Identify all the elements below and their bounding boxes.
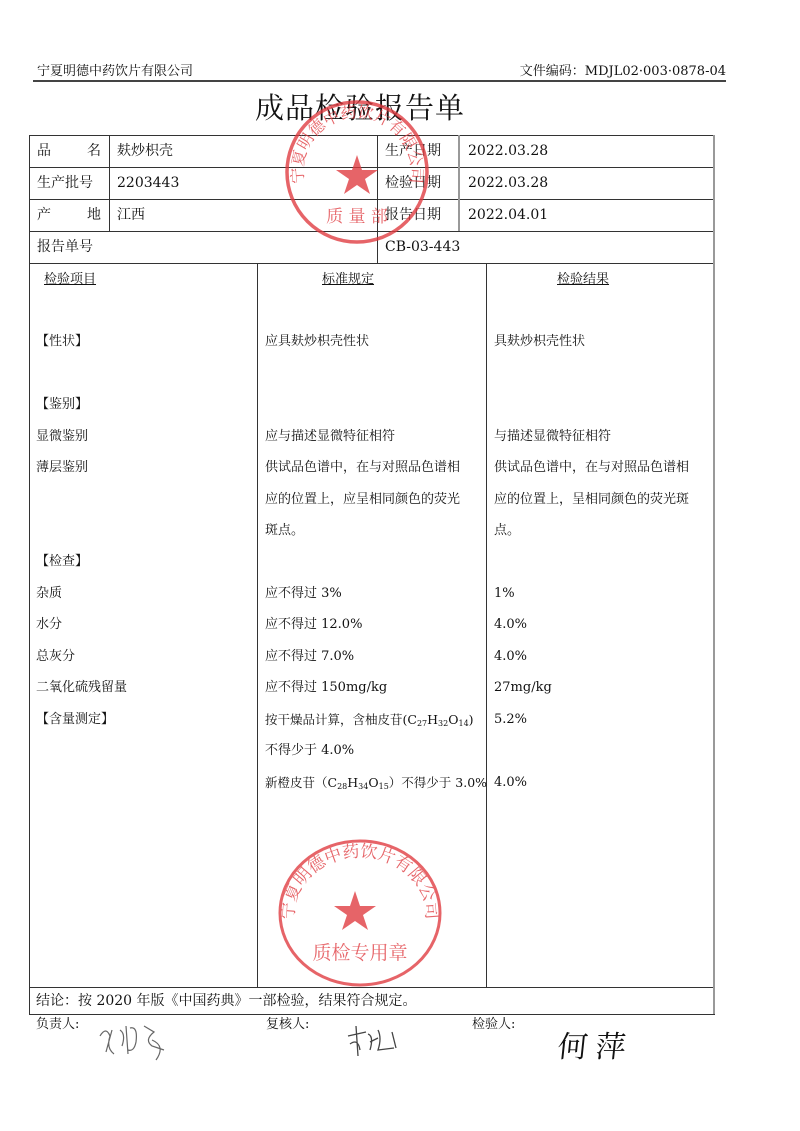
item-inspection: 【检查】 xyxy=(36,546,88,577)
company-name: 宁夏明德中药饮片有限公司 xyxy=(37,60,193,79)
standard-naringin: 按干燥品计算，含柚皮苷(C27H32O14) xyxy=(265,704,474,739)
standard-microscopic: 应与描述显微特征相符 xyxy=(265,421,395,452)
inspection-date-label: 检验日期 xyxy=(385,167,441,199)
page-title: 成品检验报告单 xyxy=(0,86,720,127)
reviewer-label: 复核人: xyxy=(266,1012,309,1038)
inspector-label: 检验人: xyxy=(472,1012,515,1038)
batch-label: 生产批号 xyxy=(37,167,93,199)
item-appearance: 【性状】 xyxy=(36,326,88,357)
standard-tlc-line2: 应的位置上，应呈相同颜色的荧光 xyxy=(265,484,460,515)
result-so2: 27mg/kg xyxy=(494,672,552,703)
standard-tlc-line1: 供试品色谱中，在与对照品色谱相 xyxy=(265,452,460,483)
standard-impurity: 应不得过 3% xyxy=(265,578,342,609)
standard-naringin-line2: 不得少于 4.0% xyxy=(265,735,354,766)
conclusion: 结论：按 2020 年版《中国药典》一部检验，结果符合规定。 xyxy=(36,986,417,1016)
item-microscopic: 显微鉴别 xyxy=(36,421,88,452)
inspector-signature: 何萍 xyxy=(556,1022,637,1066)
standard-tlc-line3: 斑点。 xyxy=(265,515,304,546)
inspection-date-value: 2022.03.28 xyxy=(468,167,548,199)
standard-so2: 应不得过 150mg/kg xyxy=(265,672,387,703)
product-name-label: 品名 xyxy=(37,135,101,167)
document-code: 文件编码：MDJL02·003·0878-04 xyxy=(520,60,726,79)
result-neohesperidin: 4.0% xyxy=(494,767,527,798)
result-moisture: 4.0% xyxy=(494,609,527,640)
header-rule xyxy=(33,80,726,82)
svg-text:宁夏明德中药饮片有限公司: 宁夏明德中药饮片有限公司 xyxy=(279,842,442,920)
standard-ash: 应不得过 7.0% xyxy=(265,641,354,672)
result-appearance: 具麸炒枳壳性状 xyxy=(494,326,585,357)
item-moisture: 水分 xyxy=(36,609,62,640)
batch-value: 2203443 xyxy=(117,167,179,199)
item-impurity: 杂质 xyxy=(36,578,62,609)
origin-label: 产地 xyxy=(37,199,101,231)
production-date-value: 2022.03.28 xyxy=(468,135,548,167)
column-header-result: 检验结果 xyxy=(557,264,609,295)
standard-appearance: 应具麸炒枳壳性状 xyxy=(265,326,369,357)
result-tlc-line3: 点。 xyxy=(494,515,520,546)
item-identification: 【鉴别】 xyxy=(36,389,88,420)
production-date-label: 生产日期 xyxy=(385,135,441,167)
standard-neohesperidin: 新橙皮苷（C28H34O15）不得少于 3.0% xyxy=(265,767,487,802)
svg-text:质 量 部: 质 量 部 xyxy=(326,207,388,227)
result-tlc-line1: 供试品色谱中，在与对照品色谱相 xyxy=(494,452,689,483)
report-date-label: 报告日期 xyxy=(385,199,441,231)
responsible-signature xyxy=(92,1016,182,1064)
report-number-value: CB-03-443 xyxy=(385,231,460,263)
result-ash: 4.0% xyxy=(494,641,527,672)
item-assay: 【含量测定】 xyxy=(36,704,114,735)
column-header-item: 检验项目 xyxy=(44,264,96,295)
item-so2: 二氧化硫残留量 xyxy=(36,672,127,703)
origin-value: 江西 xyxy=(117,199,145,231)
quality-inspection-stamp: 宁夏明德中药饮片有限公司 质检专用章 xyxy=(275,835,445,990)
result-impurity: 1% xyxy=(494,578,515,609)
item-ash: 总灰分 xyxy=(36,641,75,672)
standard-moisture: 应不得过 12.0% xyxy=(265,609,362,640)
svg-text:质检专用章: 质检专用章 xyxy=(312,942,407,964)
report-date-value: 2022.04.01 xyxy=(468,199,548,231)
result-tlc-line2: 应的位置上，呈相同颜色的荧光斑 xyxy=(494,484,689,515)
result-microscopic: 与描述显微特征相符 xyxy=(494,421,611,452)
item-tlc: 薄层鉴别 xyxy=(36,452,88,483)
report-number-label: 报告单号 xyxy=(37,231,93,263)
product-name-value: 麸炒枳壳 xyxy=(117,135,173,167)
result-naringin: 5.2% xyxy=(494,704,527,735)
reviewer-signature xyxy=(342,1022,412,1062)
responsible-label: 负责人: xyxy=(36,1012,79,1038)
column-header-standard: 标准规定 xyxy=(322,264,374,295)
